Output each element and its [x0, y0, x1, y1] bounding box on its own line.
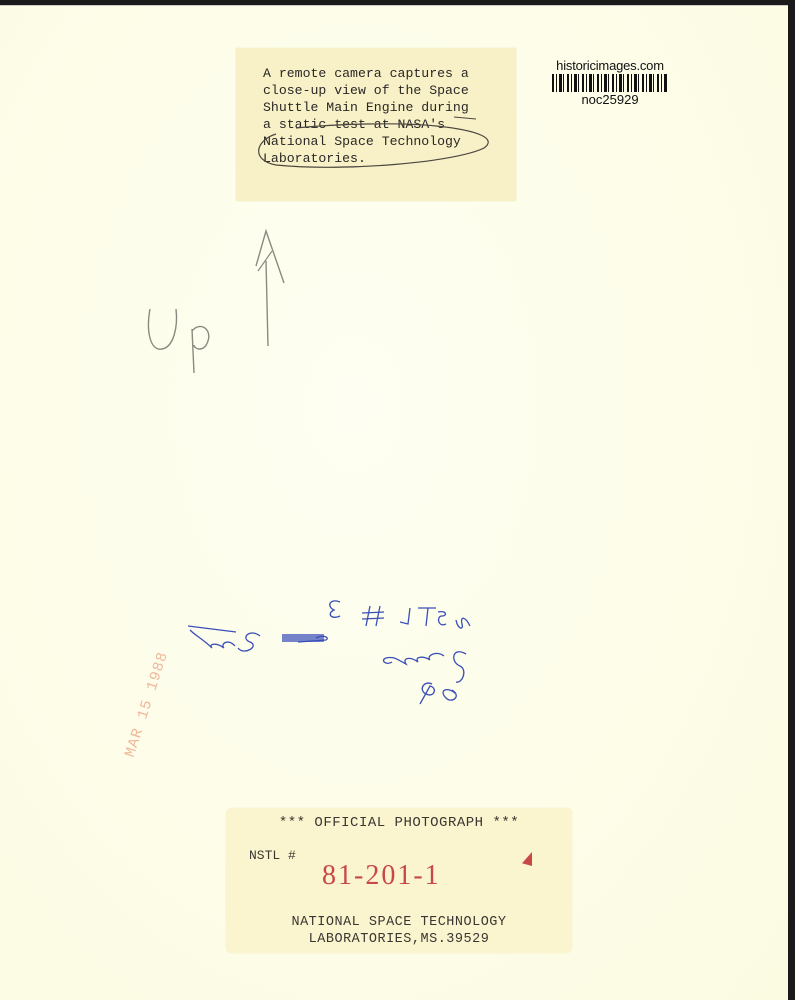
organization-address: NATIONAL SPACE TECHNOLOGY LABORATORIES,M…	[226, 914, 572, 948]
watermark-site: historicimages.com	[548, 58, 672, 73]
circled-annotation	[236, 48, 516, 201]
official-photograph-label: *** OFFICIAL PHOTOGRAPH *** NSTL # 81-20…	[226, 808, 572, 953]
caption-label: A remote camera captures a close-up view…	[236, 48, 516, 201]
official-header: *** OFFICIAL PHOTOGRAPH ***	[226, 815, 572, 831]
blue-ink-notes	[180, 586, 480, 706]
nstl-label: NSTL #	[249, 848, 296, 863]
barcode-icon	[552, 74, 668, 92]
photo-back: A remote camera captures a close-up view…	[0, 5, 788, 1000]
org-line-1: NATIONAL SPACE TECHNOLOGY	[226, 914, 572, 931]
nstl-number: 81-201-1	[322, 860, 441, 892]
up-arrow-annotation	[140, 221, 300, 386]
historicimages-watermark: historicimages.com noc25929	[548, 58, 672, 107]
org-line-2: LABORATORIES,MS.39529	[226, 931, 572, 948]
received-date-stamp: MAR 15 1988	[122, 650, 172, 760]
red-mark	[522, 852, 532, 866]
watermark-code: noc25929	[548, 92, 672, 107]
